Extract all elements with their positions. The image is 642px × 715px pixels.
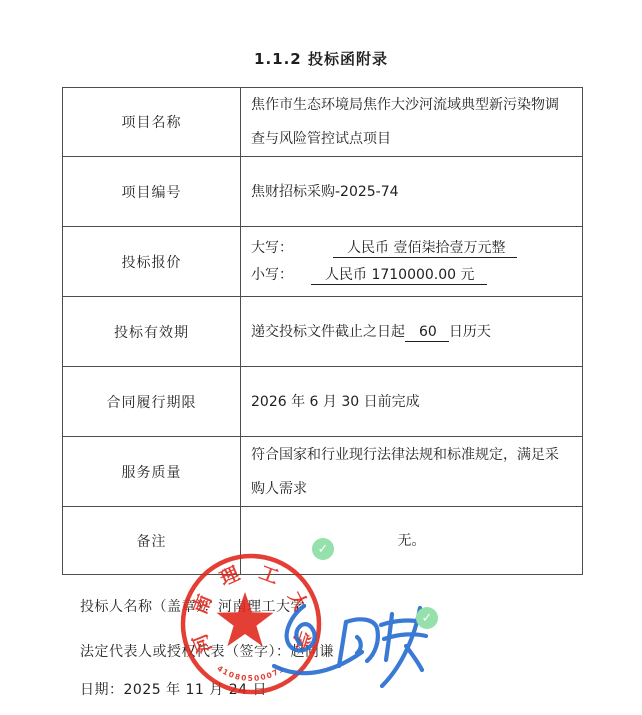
row-value-project-name: 焦作市生态环境局焦作大沙河流域典型新污染物调查与风险管控试点项目 — [241, 88, 583, 157]
svg-text:南: 南 — [189, 592, 217, 618]
bid-price-figures: 人民币 1710000.00 元 — [311, 267, 487, 285]
row-value-bid-validity: 递交投标文件截止之日起60日历天 — [241, 297, 583, 367]
svg-text:工: 工 — [256, 562, 281, 589]
bid-appendix-table: 项目名称 焦作市生态环境局焦作大沙河流域典型新污染物调查与风险管控试点项目 项目… — [62, 87, 583, 575]
daxie-label: 大写： — [251, 240, 293, 256]
table-row: 项目编号 焦财招标采购-2025-74 — [63, 157, 583, 227]
row-label-contract-period: 合同履行期限 — [63, 367, 241, 437]
seal-star-icon — [216, 592, 273, 646]
bid-price-words-line: 大写：人民币 壹佰柒拾壹万元整 — [251, 235, 572, 262]
row-value-bid-price: 大写：人民币 壹佰柒拾壹万元整 小写：人民币 1710000.00 元 — [241, 227, 583, 297]
handwritten-signature — [270, 594, 440, 694]
row-label-project-name: 项目名称 — [63, 88, 241, 157]
validity-days: 60 — [405, 324, 449, 342]
svg-text:理: 理 — [217, 562, 244, 590]
table-row: 合同履行期限 2026 年 6 月 30 日前完成 — [63, 367, 583, 437]
bid-price-figures-line: 小写：人民币 1710000.00 元 — [251, 262, 572, 289]
validity-suffix: 日历天 — [449, 324, 491, 340]
check-icon: ✓ — [312, 538, 334, 560]
table-row: 服务质量 符合国家和行业现行法律法规和标准规定，满足采购人需求 — [63, 437, 583, 507]
row-label-service-quality: 服务质量 — [63, 437, 241, 507]
date-label: 日期： — [80, 682, 124, 698]
xiaoxie-label: 小写： — [251, 267, 293, 283]
row-value-contract-period: 2026 年 6 月 30 日前完成 — [241, 367, 583, 437]
row-label-bid-validity: 投标有效期 — [63, 297, 241, 367]
check-icon: ✓ — [416, 607, 438, 629]
row-value-project-number: 焦财招标采购-2025-74 — [241, 157, 583, 227]
table-row: 项目名称 焦作市生态环境局焦作大沙河流域典型新污染物调查与风险管控试点项目 — [63, 88, 583, 157]
validity-prefix: 递交投标文件截止之日起 — [251, 324, 405, 340]
table-row: 投标有效期 递交投标文件截止之日起60日历天 — [63, 297, 583, 367]
row-label-bid-price: 投标报价 — [63, 227, 241, 297]
bid-price-words: 人民币 壹佰柒拾壹万元整 — [333, 240, 517, 258]
row-value-service-quality: 符合国家和行业现行法律法规和标准规定，满足采购人需求 — [241, 437, 583, 507]
table-row: 投标报价 大写：人民币 壹佰柒拾壹万元整 小写：人民币 1710000.00 元 — [63, 227, 583, 297]
page-title: 1.1.2 投标函附录 — [0, 48, 642, 69]
svg-text:河: 河 — [189, 631, 217, 657]
row-label-project-number: 项目编号 — [63, 157, 241, 227]
